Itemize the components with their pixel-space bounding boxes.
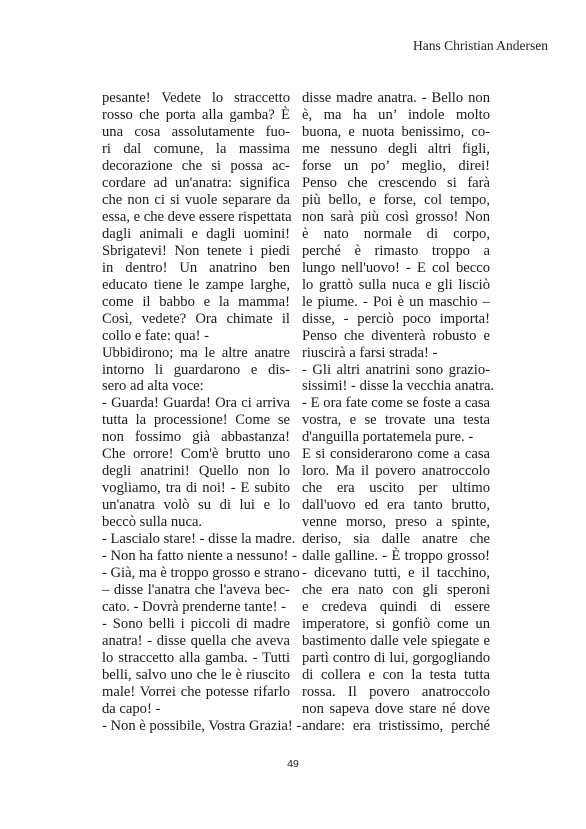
text-line: - Lascialo stare! - disse la madre. — [102, 531, 290, 548]
text-line: beccò sulla nuca. — [102, 514, 290, 531]
text-line: una cosa assolutamente fuo- — [102, 124, 290, 141]
text-line: in dentro! Un anatrino ben — [102, 260, 290, 277]
text-line: dall'uovo ed era tanto brutto, — [302, 497, 490, 514]
text-line: belli, salvo uno che le è riuscito — [102, 667, 290, 684]
text-line: vostra, e se trovate una testa — [302, 412, 490, 429]
text-line: - Sono belli i piccoli di madre — [102, 616, 290, 633]
text-line: di collera e con la testa tutta — [302, 667, 490, 684]
text-line: d'anguilla portatemela pure. - — [302, 429, 490, 446]
text-line: E si considerarono come a casa — [302, 446, 490, 463]
text-column-right: disse madre anatra. - Bello nonè, ma ha … — [302, 90, 490, 735]
text-line: - Guarda! Guarda! Ora ci arriva — [102, 395, 290, 412]
text-line: tutta la processione! Come se — [102, 412, 290, 429]
text-line: loro. Ma il povero anatroccolo — [302, 463, 490, 480]
text-line: partì contro di lui, gorgogliando — [302, 650, 490, 667]
text-line: è, ma ha un’ indole molto — [302, 107, 490, 124]
text-line: male! Vorrei che potesse rifarlo — [102, 684, 290, 701]
text-line: - E ora fate come se foste a casa — [302, 395, 490, 412]
text-line: le piume. - Poi è un maschio – — [302, 294, 490, 311]
text-line: - Non è possibile, Vostra Grazia! - — [102, 718, 290, 735]
text-line: dagli animali e dagli uomini! — [102, 226, 290, 243]
text-line: che era nato con gli speroni — [302, 582, 490, 599]
text-line: lo grattò sulla nuca e gli lisciò — [302, 277, 490, 294]
text-line: - Già, ma è troppo grosso e strano — [102, 565, 290, 582]
page-number: 49 — [0, 758, 586, 770]
text-line: non sapeva dove stare né dove — [302, 701, 490, 718]
text-line: venne morso, preso a spinte, — [302, 514, 490, 531]
text-line: bastimento dalle vele spiegate e — [302, 633, 490, 650]
text-line: - Non ha fatto niente a nessuno! - — [102, 548, 290, 565]
text-line: Penso che diventerà robusto e — [302, 328, 490, 345]
text-line: anatra! - disse quella che aveva — [102, 633, 290, 650]
text-line: rosso che porta alla gamba? È — [102, 107, 290, 124]
text-line: un'anatra volò su di lui e lo — [102, 497, 290, 514]
text-line: pesante! Vedete lo straccetto — [102, 90, 290, 107]
text-line: disse, - perciò poco importa! — [302, 311, 490, 328]
text-line: andare: era tristissimo, perché — [302, 718, 490, 735]
text-line: lo straccetto alla gamba. - Tutti — [102, 650, 290, 667]
text-line: lungo nell'uovo! - E col becco — [302, 260, 490, 277]
text-line: cordare ad un'anatra: significa — [102, 175, 290, 192]
text-line: collo e fate: qua! - — [102, 328, 290, 345]
text-line: - dicevano tutti, e il tacchino, — [302, 565, 490, 582]
text-line: più bello, e forse, col tempo, — [302, 192, 490, 209]
text-line: Che orrore! Com'è brutto uno — [102, 446, 290, 463]
text-line: essa, e che deve essere rispettata — [102, 209, 290, 226]
text-line: educato tiene le zampe larghe, — [102, 277, 290, 294]
text-line: decorazione che si possa ac- — [102, 158, 290, 175]
text-line: imperatore, si gonfiò come un — [302, 616, 490, 633]
text-line: degli anatrini! Quello non lo — [102, 463, 290, 480]
text-line: e credeva quindi di essere — [302, 599, 490, 616]
text-line: riuscirà a farsi strada! - — [302, 345, 490, 362]
text-line: Penso che crescendo si farà — [302, 175, 490, 192]
text-line: che era uscito per ultimo — [302, 480, 490, 497]
text-line: è nato normale di corpo, — [302, 226, 490, 243]
running-header-author: Hans Christian Andersen — [413, 38, 548, 54]
text-line: Ubbidirono; ma le altre anatre — [102, 345, 290, 362]
text-line: non sarà più così grosso! Non — [302, 209, 490, 226]
text-line: sissimi! - disse la vecchia anatra. — [302, 378, 490, 395]
text-line: che non ci si vuole separare da — [102, 192, 290, 209]
text-line: deriso, sia dalle anatre che — [302, 531, 490, 548]
text-line: Sbrigatevi! Non tenete i piedi — [102, 243, 290, 260]
text-line: sero ad alta voce: — [102, 378, 290, 395]
text-line: - Gli altri anatrini sono grazio- — [302, 362, 490, 379]
text-line: dalle galline. - È troppo grosso! — [302, 548, 490, 565]
text-line: forse un po’ meglio, direi! — [302, 158, 490, 175]
text-line: me nessuno degli altri figli, — [302, 141, 490, 158]
text-line: come il babbo e la mamma! — [102, 294, 290, 311]
text-line: Così, vedete? Ora chimate il — [102, 311, 290, 328]
text-line: cato. - Dovrà prenderne tante! - — [102, 599, 290, 616]
text-line: perché è rimasto troppo a — [302, 243, 490, 260]
text-line: – disse l'anatra che l'aveva bec- — [102, 582, 290, 599]
text-line: rossa. Il povero anatroccolo — [302, 684, 490, 701]
text-line: da capo! - — [102, 701, 290, 718]
text-line: ri dal comune, la massima — [102, 141, 290, 158]
text-line: vogliamo, tra di noi! - E subito — [102, 480, 290, 497]
text-line: intorno li guardarono e dis- — [102, 362, 290, 379]
text-line: non fossimo già abbastanza! — [102, 429, 290, 446]
text-line: buona, e nuota benissimo, co- — [302, 124, 490, 141]
text-line: disse madre anatra. - Bello non — [302, 90, 490, 107]
text-column-left: pesante! Vedete lo straccettorosso che p… — [102, 90, 290, 735]
